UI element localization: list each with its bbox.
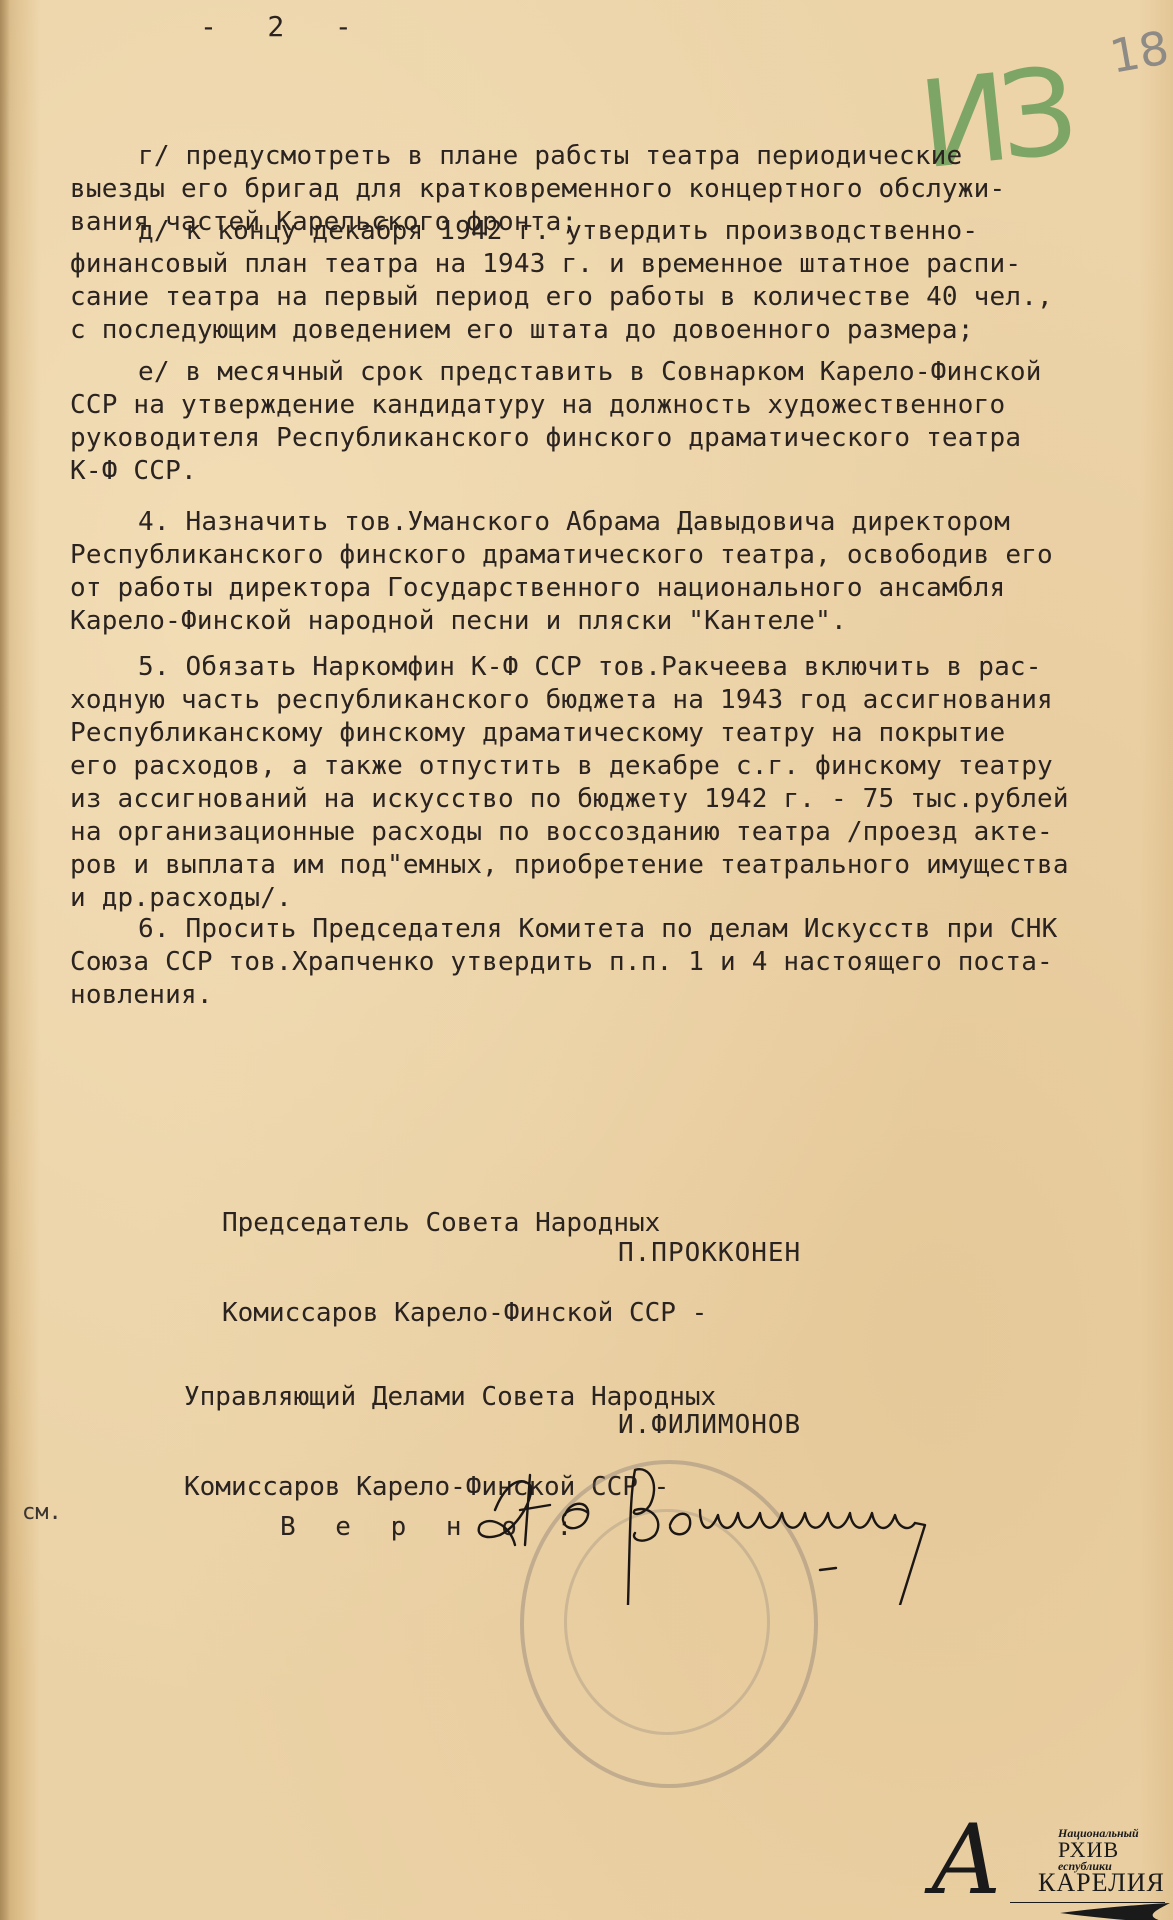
- logo-text-karelia: КАРЕЛИЯ: [1038, 1868, 1165, 1898]
- logo-monogram: А: [930, 1810, 1003, 1910]
- text-line: с последующим доведением его штата до до…: [70, 316, 1130, 344]
- text-line: е/ в месячный срок представить в Совнарк…: [70, 358, 1130, 386]
- paragraph-item-4: 4. Назначить тов.Уманского Абрама Давыдо…: [70, 508, 1130, 640]
- page-number: - 2 -: [200, 10, 352, 43]
- archive-logo: А Национальный РХИВ еспублики КАРЕЛИЯ: [930, 1810, 1170, 1920]
- text-line: и др.расходы/.: [70, 884, 1130, 912]
- text-line: д/ к концу декабря 1942 г. утвердить про…: [70, 217, 1130, 245]
- text-line: на организационные расходы по воссоздани…: [70, 818, 1130, 846]
- text-line: его расходов, а также отпустить в декабр…: [70, 752, 1130, 780]
- text-line: ходную часть республиканского бюджета на…: [70, 686, 1130, 714]
- signatory-name-chairman: П.ПРОККОНЕН: [618, 1238, 801, 1268]
- text-line: Союза ССР тов.Храпченко утвердить п.п. 1…: [70, 948, 1130, 976]
- paragraph-item-d: д/ к концу декабря 1942 г. утвердить про…: [70, 217, 1130, 349]
- text-line: 5. Обязать Наркомфин К-Ф ССР тов.Ракчеев…: [70, 653, 1130, 681]
- text-line: выезды его бригад для кратковременного к…: [70, 175, 1130, 203]
- text-line: 6. Просить Председателя Комитета по дела…: [70, 915, 1130, 943]
- quill-feather-icon: [1060, 1903, 1170, 1920]
- text-line: финансовый план театра на 1943 г. и врем…: [70, 250, 1130, 278]
- text-line: сание театра на первый период его работы…: [70, 283, 1130, 311]
- typist-mark: см.: [22, 1500, 62, 1525]
- paragraph-item-5: 5. Обязать Наркомфин К-Ф ССР тов.Ракчеев…: [70, 653, 1130, 917]
- text-line: Карело-Финской народной песни и пляски "…: [70, 607, 1130, 635]
- paragraph-item-e: е/ в месячный срок представить в Совнарк…: [70, 358, 1130, 490]
- signatory-name-manager: И.ФИЛИМОНОВ: [618, 1410, 801, 1440]
- text-line: К-Ф ССР.: [70, 457, 1130, 485]
- text-line: из ассигнований на искусство по бюджету …: [70, 785, 1130, 813]
- text-line: от работы директора Государственного нац…: [70, 574, 1130, 602]
- text-line: Республиканскому финскому драматическому…: [70, 719, 1130, 747]
- text-line: г/ предусмотреть в плане рабсты театра п…: [70, 142, 1130, 170]
- text-line: Управляющий Делами Совета Народных: [184, 1382, 716, 1412]
- folio-number: 18: [1106, 20, 1173, 83]
- text-line: Председатель Совета Народных: [222, 1208, 707, 1238]
- archival-document-page: - 2 - ИЗ 18 г/ предусмотреть в плане раб…: [0, 0, 1173, 1920]
- text-line: руководителя Республиканского финского д…: [70, 424, 1130, 452]
- paragraph-item-6: 6. Просить Председателя Комитета по дела…: [70, 915, 1130, 1014]
- text-line: ров и выплата им под"емных, приобретение…: [70, 851, 1130, 879]
- text-line: ССР на утверждение кандидатуру на должно…: [70, 391, 1130, 419]
- handwritten-signature-icon: [470, 1455, 1030, 1605]
- text-line: новления.: [70, 981, 1130, 1009]
- text-line: Республиканского финского драматического…: [70, 541, 1130, 569]
- text-line: 4. Назначить тов.Уманского Абрама Давыдо…: [70, 508, 1130, 536]
